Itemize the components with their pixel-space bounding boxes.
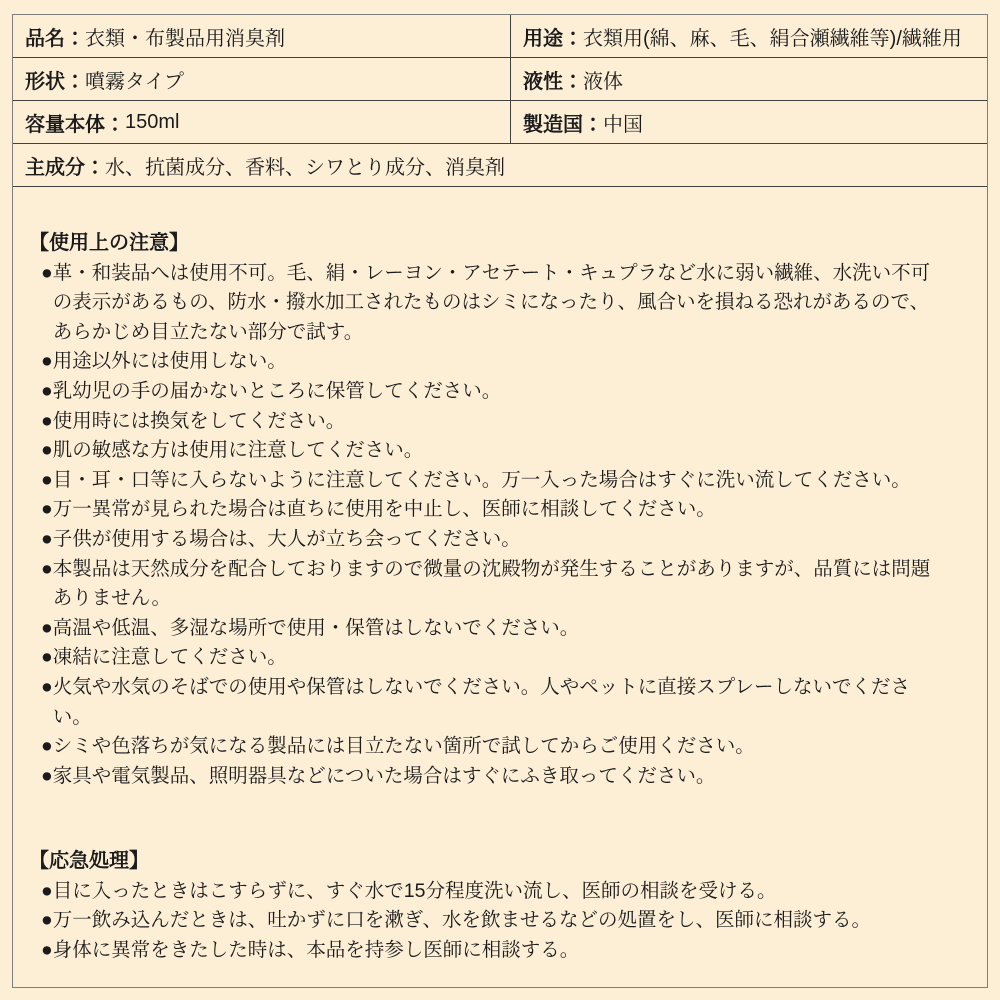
spec-cell-product-name: 品名：衣類・布製品用消臭剤 [13,15,511,58]
list-item-text: 用途以外には使用しない。 [53,347,945,377]
list-item: ● 凍結に注意してください。 [29,643,945,673]
list-item: ● 万一異常が見られた場合は直ちに使用を中止し、医師に相談してください。 [29,495,945,525]
list-item-text: 火気や水気のそばでの使用や保管はしないでください。人やペットに直接スプレーしない… [53,673,945,732]
list-item: ● 家具や電気製品、照明器具などについた場合はすぐにふき取ってください。 [29,762,945,792]
list-item: ● 肌の敏感な方は使用に注意してください。 [29,436,945,466]
spec-value: 水、抗菌成分、香料、シワとり成分、消臭剤 [105,151,505,180]
precaution-list: ● 革・和装品へは使用不可。毛、絹・レーヨン・アセテート・キュプラなど水に弱い繊… [29,259,945,792]
list-item-text: 万一飲み込んだときは、吐かずに口を漱ぎ、水を飲ませるなどの処置をし、医師に相談す… [53,906,945,936]
list-item: ● 目に入ったときはこすらずに、すぐ水で15分程度洗い流し、医師の相談を受ける。 [29,877,945,907]
bullet-icon: ● [41,762,53,792]
list-item-text: 乳幼児の手の届かないところに保管してください。 [53,377,945,407]
section-usage-precautions: 【使用上の注意】 ● 革・和装品へは使用不可。毛、絹・レーヨン・アセテート・キュ… [29,229,945,791]
list-item-text: 革・和装品へは使用不可。毛、絹・レーヨン・アセテート・キュプラなど水に弱い繊維、… [53,259,945,348]
list-item: ● 目・耳・口等に入らないように注意してください。万一入った場合はすぐに洗い流し… [29,466,945,496]
bullet-icon: ● [41,259,53,348]
list-item: ● 乳幼児の手の届かないところに保管してください。 [29,377,945,407]
list-item-text: 凍結に注意してください。 [53,643,945,673]
spec-value: 衣類・布製品用消臭剤 [85,22,285,51]
spec-label: 品名： [25,22,85,51]
bullet-icon: ● [41,906,53,936]
spec-value: 噴霧タイプ [85,65,184,94]
spec-value: 液体 [583,65,623,94]
first-aid-list: ● 目に入ったときはこすらずに、すぐ水で15分程度洗い流し、医師の相談を受ける。… [29,877,945,966]
spec-cell-liquid-type: 液性：液体 [511,58,987,101]
document-body: 【使用上の注意】 ● 革・和装品へは使用不可。毛、絹・レーヨン・アセテート・キュ… [13,229,987,966]
spec-table: 品名：衣類・布製品用消臭剤 用途：衣類用(綿、麻、毛、絹合瀬繊維等)/繊維用 形… [13,15,987,187]
bullet-icon: ● [41,643,53,673]
list-item-text: 万一異常が見られた場合は直ちに使用を中止し、医師に相談してください。 [53,495,945,525]
list-item: ● 用途以外には使用しない。 [29,347,945,377]
product-info-sheet: 品名：衣類・布製品用消臭剤 用途：衣類用(綿、麻、毛、絹合瀬繊維等)/繊維用 形… [12,14,988,988]
list-item-text: 身体に異常をきたした時は、本品を持参し医師に相談する。 [53,936,945,966]
spec-table-grid: 品名：衣類・布製品用消臭剤 用途：衣類用(綿、麻、毛、絹合瀬繊維等)/繊維用 形… [13,15,987,144]
spec-value: 衣類用(綿、麻、毛、絹合瀬繊維等)/繊維用 [583,22,962,51]
spec-value: 150ml [125,111,179,134]
spec-cell-volume: 容量本体：150ml [13,101,511,144]
bullet-icon: ● [41,377,53,407]
product-info-page: { "colors": { "background": "#fdeed6", "… [0,0,1000,1000]
list-item-text: 家具や電気製品、照明器具などについた場合はすぐにふき取ってください。 [53,762,945,792]
section-heading: 【応急処理】 [29,847,945,877]
section-heading: 【使用上の注意】 [29,229,945,259]
list-item-text: 子供が使用する場合は、大人が立ち会ってください。 [53,525,945,555]
bullet-icon: ● [41,555,53,614]
list-item: ● 高温や低温、多湿な場所で使用・保管はしないでください。 [29,614,945,644]
spec-label: 容量本体： [25,108,125,137]
list-item-text: 目に入ったときはこすらずに、すぐ水で15分程度洗い流し、医師の相談を受ける。 [53,877,945,907]
list-item-text: シミや色落ちが気になる製品には目立たない箇所で試してからご使用ください。 [53,732,945,762]
bullet-icon: ● [41,436,53,466]
spec-label: 主成分： [25,151,105,180]
list-item: ● 本製品は天然成分を配合しておりますので微量の沈殿物が発生することがありますが… [29,555,945,614]
list-item: ● 万一飲み込んだときは、吐かずに口を漱ぎ、水を飲ませるなどの処置をし、医師に相… [29,906,945,936]
section-first-aid: 【応急処理】 ● 目に入ったときはこすらずに、すぐ水で15分程度洗い流し、医師の… [29,847,945,965]
spec-label: 製造国： [523,108,603,137]
bullet-icon: ● [41,525,53,555]
spec-cell-usage: 用途：衣類用(綿、麻、毛、絹合瀬繊維等)/繊維用 [511,15,987,58]
list-item: ● 火気や水気のそばでの使用や保管はしないでください。人やペットに直接スプレーし… [29,673,945,732]
spec-value: 中国 [603,108,643,137]
spec-cell-country: 製造国：中国 [511,101,987,144]
list-item-text: 高温や低温、多湿な場所で使用・保管はしないでください。 [53,614,945,644]
list-item-text: 肌の敏感な方は使用に注意してください。 [53,436,945,466]
bullet-icon: ● [41,614,53,644]
bullet-icon: ● [41,466,53,496]
list-item: ● 身体に異常をきたした時は、本品を持参し医師に相談する。 [29,936,945,966]
list-item-text: 使用時には換気をしてください。 [53,407,945,437]
list-item: ● 革・和装品へは使用不可。毛、絹・レーヨン・アセテート・キュプラなど水に弱い繊… [29,259,945,348]
spec-label: 形状： [25,65,85,94]
bullet-icon: ● [41,347,53,377]
spec-cell-ingredients: 主成分：水、抗菌成分、香料、シワとり成分、消臭剤 [13,144,987,187]
list-item: ● シミや色落ちが気になる製品には目立たない箇所で試してからご使用ください。 [29,732,945,762]
bullet-icon: ● [41,673,53,732]
spec-cell-form: 形状：噴霧タイプ [13,58,511,101]
spec-label: 液性： [523,65,583,94]
list-item-text: 本製品は天然成分を配合しておりますので微量の沈殿物が発生することがありますが、品… [53,555,945,614]
list-item: ● 使用時には換気をしてください。 [29,407,945,437]
spec-label: 用途： [523,22,583,51]
list-item: ● 子供が使用する場合は、大人が立ち会ってください。 [29,525,945,555]
bullet-icon: ● [41,877,53,907]
list-item-text: 目・耳・口等に入らないように注意してください。万一入った場合はすぐに洗い流してく… [53,466,945,496]
bullet-icon: ● [41,936,53,966]
bullet-icon: ● [41,732,53,762]
bullet-icon: ● [41,407,53,437]
bullet-icon: ● [41,495,53,525]
